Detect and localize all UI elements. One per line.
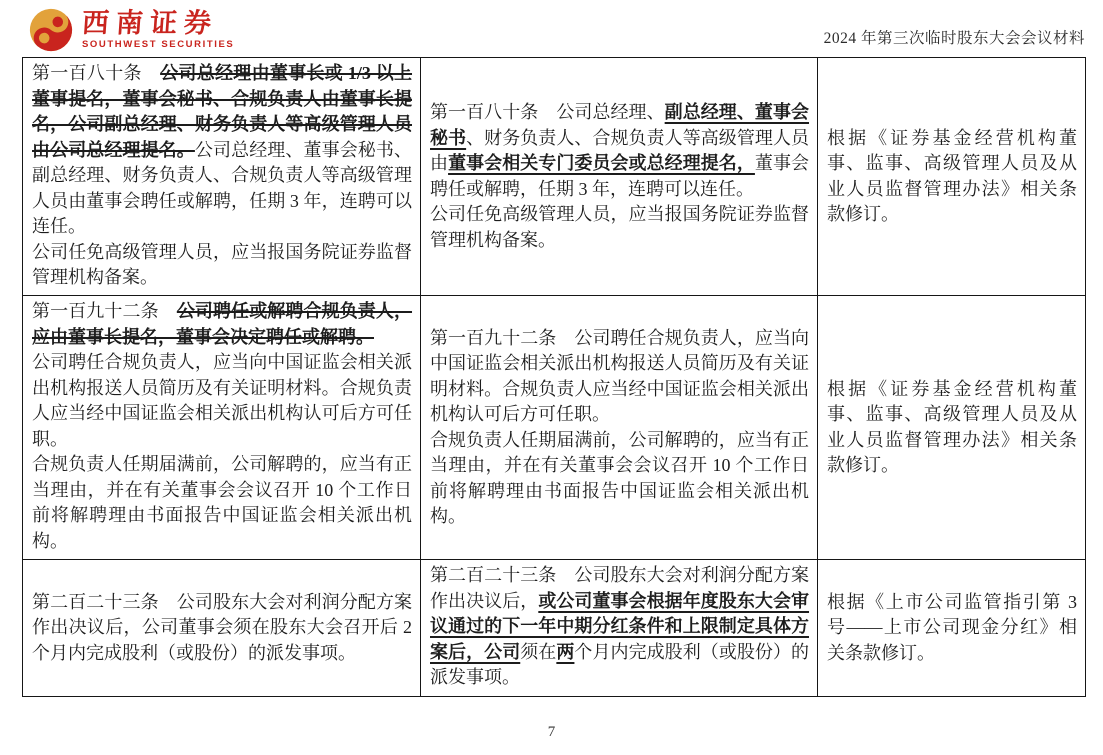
comparison-table-body: 第一百八十条 公司总经理由董事长或 1/3 以上董事提名，董事会秘书、合规负责人… xyxy=(23,58,1086,697)
text-segment-add: 两 xyxy=(556,642,574,662)
logo-cn-text: 西南证券 xyxy=(81,10,235,37)
paragraph: 根据《证券基金经营机构董事、监事、高级管理人员及从业人员监督管理办法》相关条款修… xyxy=(827,377,1077,479)
paragraph: 公司聘任合规负责人，应当向中国证监会相关派出机构报送人员简历及有关证明材料。合规… xyxy=(32,350,412,452)
paragraph: 合规负责人任期届满前，公司解聘的，应当有正当理由，并在有关董事会会议召开 10 … xyxy=(32,452,412,554)
table-cell: 根据《证券基金经营机构董事、监事、高级管理人员及从业人员监督管理办法》相关条款修… xyxy=(818,58,1086,296)
text-segment-normal: 第二百二十三条 公司股东大会对利润分配方案作出决议后，公司董事会须在股东大会召开… xyxy=(32,592,412,663)
table-cell: 第一百九十二条 公司聘任合规负责人，应当向中国证监会相关派出机构报送人员简历及有… xyxy=(421,296,818,560)
table-row: 第一百八十条 公司总经理由董事长或 1/3 以上董事提名，董事会秘书、合规负责人… xyxy=(23,58,1086,296)
table-cell: 第一百八十条 公司总经理由董事长或 1/3 以上董事提名，董事会秘书、合规负责人… xyxy=(23,58,421,296)
text-segment-normal: 合规负责人任期届满前，公司解聘的，应当有正当理由，并在有关董事会会议召开 10 … xyxy=(430,430,809,527)
table-cell: 第一百八十条 公司总经理、副总经理、董事会秘书、财务负责人、合规负责人等高级管理… xyxy=(421,58,818,296)
paragraph: 合规负责人任期届满前，公司解聘的，应当有正当理由，并在有关董事会会议召开 10 … xyxy=(430,428,809,530)
text-segment-normal: 根据《证券基金经营机构董事、监事、高级管理人员及从业人员监督管理办法》相关条款修… xyxy=(827,128,1077,225)
text-segment-normal: 根据《证券基金经营机构董事、监事、高级管理人员及从业人员监督管理办法》相关条款修… xyxy=(827,379,1077,476)
table-cell: 第二百二十三条 公司股东大会对利润分配方案作出决议后，或公司董事会根据年度股东大… xyxy=(421,560,818,697)
paragraph: 第二百二十三条 公司股东大会对利润分配方案作出决议后，或公司董事会根据年度股东大… xyxy=(430,563,809,691)
table-cell: 第一百九十二条 公司聘任或解聘合规负责人，应由董事长提名，董事会决定聘任或解聘。… xyxy=(23,296,421,560)
paragraph: 根据《上市公司监管指引第 3 号——上市公司现金分红》相关条款修订。 xyxy=(827,590,1077,667)
table-row: 第一百九十二条 公司聘任或解聘合规负责人，应由董事长提名，董事会决定聘任或解聘。… xyxy=(23,296,1086,560)
doc-title: 2024 年第三次临时股东大会会议材料 xyxy=(824,26,1085,48)
text-segment-normal: 第一百九十二条 公司聘任合规负责人，应当向中国证监会相关派出机构报送人员简历及有… xyxy=(430,328,809,425)
text-segment-normal: 根据《上市公司监管指引第 3 号——上市公司现金分红》相关条款修订。 xyxy=(827,592,1077,663)
paragraph: 第一百八十条 公司总经理由董事长或 1/3 以上董事提名，董事会秘书、合规负责人… xyxy=(32,61,412,240)
text-segment-normal: 第一百九十二条 xyxy=(32,301,177,321)
page-number: 7 xyxy=(0,724,1103,741)
text-segment-normal: 公司任免高级管理人员，应当报国务院证券监督管理机构备案。 xyxy=(32,242,412,288)
paragraph: 根据《证券基金经营机构董事、监事、高级管理人员及从业人员监督管理办法》相关条款修… xyxy=(827,126,1077,228)
text-segment-normal: 第一百八十条 公司总经理、 xyxy=(430,102,665,122)
text-segment-normal: 须在 xyxy=(520,642,556,662)
table-row: 第二百二十三条 公司股东大会对利润分配方案作出决议后，公司董事会须在股东大会召开… xyxy=(23,560,1086,697)
text-segment-normal: 公司聘任合规负责人，应当向中国证监会相关派出机构报送人员简历及有关证明材料。合规… xyxy=(32,352,412,449)
text-segment-normal: 公司任免高级管理人员，应当报国务院证券监督管理机构备案。 xyxy=(430,204,809,250)
paragraph: 公司任免高级管理人员，应当报国务院证券监督管理机构备案。 xyxy=(32,240,412,291)
table-cell: 根据《证券基金经营机构董事、监事、高级管理人员及从业人员监督管理办法》相关条款修… xyxy=(818,296,1086,560)
paragraph: 第一百八十条 公司总经理、副总经理、董事会秘书、财务负责人、合规负责人等高级管理… xyxy=(430,100,809,202)
paragraph: 第二百二十三条 公司股东大会对利润分配方案作出决议后，公司董事会须在股东大会召开… xyxy=(32,590,412,667)
text-segment-normal: 合规负责人任期届满前，公司解聘的，应当有正当理由，并在有关董事会会议召开 10 … xyxy=(32,454,412,551)
paragraph: 公司任免高级管理人员，应当报国务院证券监督管理机构备案。 xyxy=(430,202,809,253)
table-cell: 根据《上市公司监管指引第 3 号——上市公司现金分红》相关条款修订。 xyxy=(818,560,1086,697)
table-cell: 第二百二十三条 公司股东大会对利润分配方案作出决议后，公司董事会须在股东大会召开… xyxy=(23,560,421,697)
paragraph: 第一百九十二条 公司聘任或解聘合规负责人，应由董事长提名，董事会决定聘任或解聘。 xyxy=(32,299,412,350)
logo-swirl-icon xyxy=(28,7,74,53)
paragraph: 第一百九十二条 公司聘任合规负责人，应当向中国证监会相关派出机构报送人员简历及有… xyxy=(430,326,809,428)
company-logo: 西南证券 SOUTHWEST SECURITIES xyxy=(28,7,234,53)
logo-text: 西南证券 SOUTHWEST SECURITIES xyxy=(82,10,234,50)
text-segment-normal: 第一百八十条 xyxy=(32,63,160,83)
comparison-table: 第一百八十条 公司总经理由董事长或 1/3 以上董事提名，董事会秘书、合规负责人… xyxy=(22,57,1086,697)
logo-en-text: SOUTHWEST SECURITIES xyxy=(82,40,234,50)
document-page: 西南证券 SOUTHWEST SECURITIES 2024 年第三次临时股东大… xyxy=(0,0,1103,755)
text-segment-add: 董事会相关专门委员会或总经理提名， xyxy=(448,153,755,173)
